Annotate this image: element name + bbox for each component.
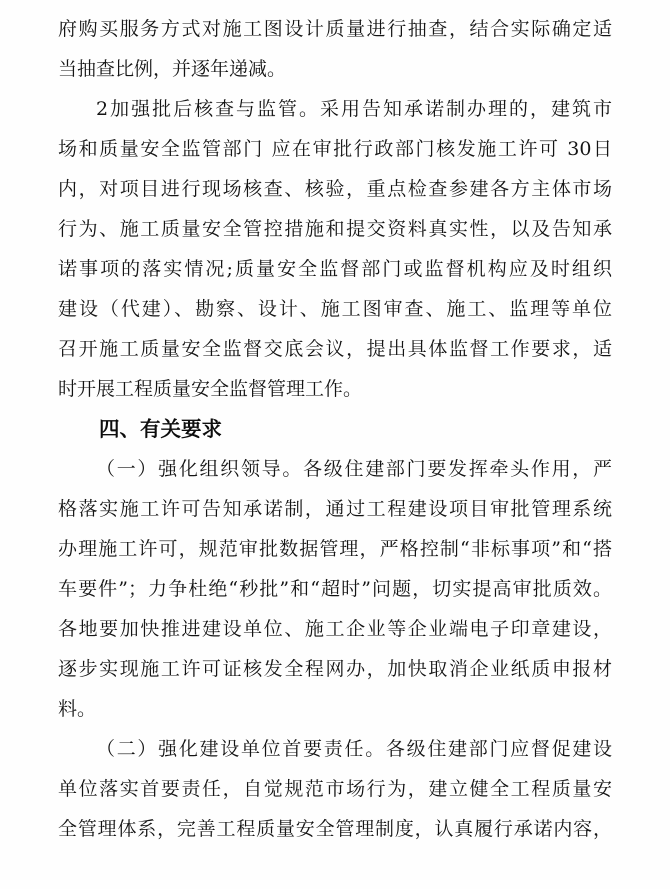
text-line: 建设（代建）、勘察、设计、施工图审查、施工、监理等单位: [58, 289, 612, 329]
text-line: 内，对项目进行现场核查、核验，重点检查参建各方主体市场: [58, 169, 612, 209]
text-line: 逐步实现施工许可证核发全程网办，加快取消企业纸质申报材: [58, 649, 612, 689]
text-line: 时开展工程质量安全监督管理工作。: [58, 369, 612, 409]
document-page: 府购买服务方式对施工图设计质量进行抽查，结合实际确定适当抽查比例，并逐年递减。2…: [0, 0, 670, 889]
text-line: 料。: [58, 689, 612, 729]
text-line: 各地要加快推进建设单位、施工企业等企业端电子印章建设，: [58, 609, 612, 649]
text-line: 召开施工质量安全监督交底会议，提出具体监督工作要求，适: [58, 329, 612, 369]
text-line: 当抽查比例，并逐年递减。: [58, 49, 612, 89]
text-line: 全管理体系，完善工程质量安全管理制度，认真履行承诺内容，: [58, 809, 612, 849]
text-line: 单位落实首要责任，自觉规范市场行为，建立健全工程质量安: [58, 769, 612, 809]
text-line: 诺事项的落实情况;质量安全监督部门或监督机构应及时组织: [58, 249, 612, 289]
text-line: 场和质量安全监管部门 应在审批行政部门核发施工许可 30日: [58, 129, 612, 169]
text-line: （一）强化组织领导。各级住建部门要发挥牵头作用，严: [58, 449, 612, 489]
text-line: 办理施工许可，规范审批数据管理，严格控制“非标事项”和“搭: [58, 529, 612, 569]
text-line: （二）强化建设单位首要责任。各级住建部门应督促建设: [58, 729, 612, 769]
text-line: 车要件”；力争杜绝“秒批”和“超时”问题，切实提高审批质效。: [58, 569, 612, 609]
section-heading: 四、有关要求: [58, 409, 612, 449]
document-body: 府购买服务方式对施工图设计质量进行抽查，结合实际确定适当抽查比例，并逐年递减。2…: [58, 9, 612, 849]
text-line: 2加强批后核查与监管。采用告知承诺制办理的，建筑市: [58, 89, 612, 129]
text-line: 行为、施工质量安全管控措施和提交资料真实性，以及告知承: [58, 209, 612, 249]
text-line: 格落实施工许可告知承诺制，通过工程建设项目审批管理系统: [58, 489, 612, 529]
text-line: 府购买服务方式对施工图设计质量进行抽查，结合实际确定适: [58, 9, 612, 49]
